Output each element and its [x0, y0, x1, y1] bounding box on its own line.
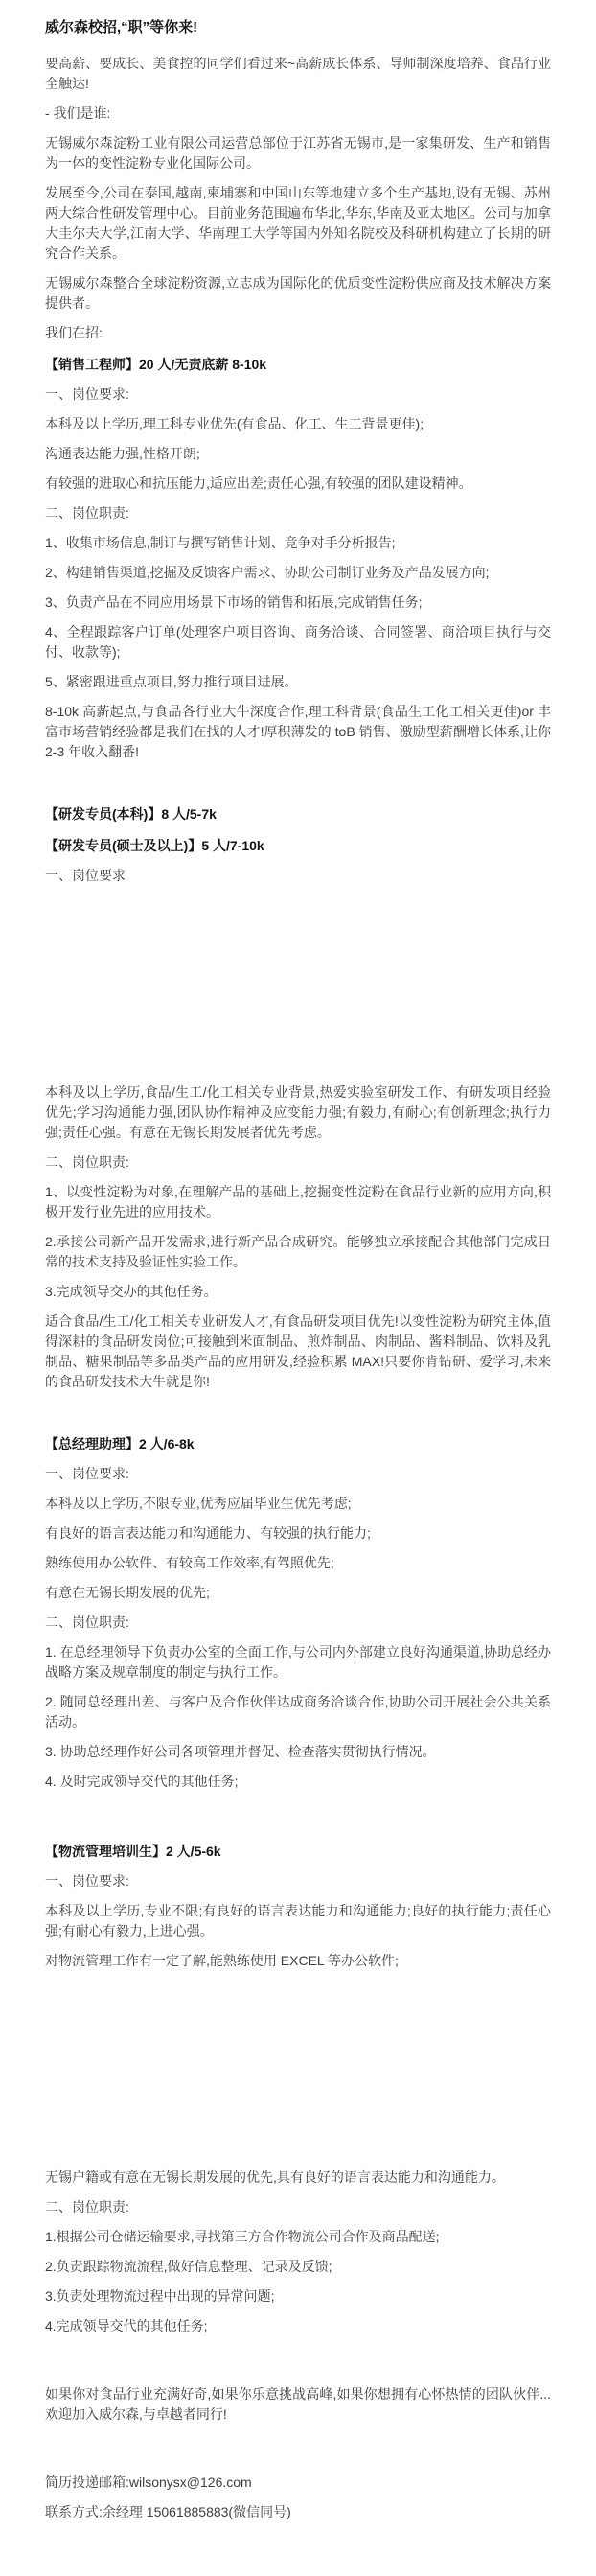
job-title: 【研发专员(本科)】8 人/5-7k [45, 804, 551, 824]
document-title: 威尔森校招,“职”等你来! [45, 17, 551, 38]
duty-item: 3.负责处理物流过程中出现的异常问题; [45, 2286, 551, 2307]
blank-gap [45, 895, 551, 1073]
job-sales-engineer: 【销售工程师】20 人/无责底薪 8-10k 一、岗位要求: 本科及以上学历,理… [45, 355, 551, 762]
contact-line: 联系方式:余经理 15061885883(微信同号) [45, 2502, 551, 2522]
requirement-item: 本科及以上学历,食品/生工/化工相关专业背景,热爱实验室研发工作、有研发项目经验… [45, 1082, 551, 1143]
blank-gap [45, 1981, 551, 2158]
requirements-heading: 一、岗位要求: [45, 1871, 551, 1891]
requirements-heading: 一、岗位要求: [45, 1464, 551, 1484]
duties-heading: 二、岗位职责: [45, 1613, 551, 1633]
requirement-item: 无锡户籍或有意在无锡长期发展的优先,具有良好的语言表达能力和沟通能力。 [45, 2168, 551, 2188]
duty-item: 4.完成领导交代的其他任务; [45, 2316, 551, 2336]
requirement-item: 熟练使用办公软件、有较高工作效率,有驾照优先; [45, 1553, 551, 1573]
requirements-heading: 一、岗位要求: [45, 384, 551, 405]
job-gm-assistant: 【总经理助理】2 人/6-8k 一、岗位要求: 本科及以上学历,不限专业,优秀应… [45, 1434, 551, 1792]
duty-item: 4、全程跟踪客户订单(处理客户项目咨询、商务洽谈、合同签署、商洽项目执行与交付、… [45, 622, 551, 662]
requirements-heading: 一、岗位要求 [45, 866, 551, 886]
job-title: 【物流管理培训生】2 人/5-6k [45, 1842, 551, 1862]
duties-heading: 二、岗位职责: [45, 1152, 551, 1172]
job-logistics-trainee: 【物流管理培训生】2 人/5-6k 一、岗位要求: 本科及以上学历,专业不限;有… [45, 1842, 551, 2336]
duty-item: 2.承接公司新产品开发需求,进行新产品合成研究。能够独立承接配合其他部门完成日常… [45, 1232, 551, 1272]
duty-item: 3.完成领导交办的其他任务。 [45, 1282, 551, 1302]
job-title: 【研发专员(硕士及以上)】5 人/7-10k [45, 836, 551, 856]
job-rd-specialist: 【研发专员(本科)】8 人/5-7k 【研发专员(硕士及以上)】5 人/7-10… [45, 804, 551, 1392]
duty-item: 1、收集市场信息,制订与撰写销售计划、竞争对手分析报告; [45, 533, 551, 553]
job-pitch-paragraph: 适合食品/生工/化工相关专业研发人才,有食品研发项目优先!以变性淀粉为研究主体,… [45, 1311, 551, 1392]
duty-item: 3. 协助总经理作好公司各项管理并督促、检查落实贯彻执行情况。 [45, 1742, 551, 1762]
requirement-item: 沟通表达能力强,性格开朗; [45, 444, 551, 464]
duty-item: 1. 在总经理领导下负责办公室的全面工作,与公司内外部建立良好沟通渠道,协助总经… [45, 1642, 551, 1683]
company-vision-paragraph: 无锡威尔森整合全球淀粉资源,立志成为国际化的优质变性淀粉供应商及技术解决方案提供… [45, 273, 551, 313]
duty-item: 4. 及时完成领导交代的其他任务; [45, 1772, 551, 1792]
contact-label: 联系方式: [45, 2504, 103, 2519]
closing-paragraph: 如果你对食品行业充满好奇,如果你乐意挑战高峰,如果你想拥有心怀热情的团队伙伴..… [45, 2384, 551, 2425]
job-posting-document: 威尔森校招,“职”等你来! 要高薪、要成长、美食控的同学们看过来~高薪成长体系、… [0, 0, 596, 2522]
duty-item: 2. 随同总经理出差、与客户及合作伙伴达成商务洽谈合作,协助公司开展社会公共关系… [45, 1692, 551, 1732]
hiring-heading: 我们在招: [45, 323, 551, 343]
duty-item: 2.负责跟踪物流流程,做好信息整理、记录及反馈; [45, 2257, 551, 2277]
requirement-item: 有良好的语言表达能力和沟通能力、有较强的执行能力; [45, 1523, 551, 1543]
requirement-item: 有较强的进取心和抗压能力,适应出差;责任心强,有较强的团队建设精神。 [45, 474, 551, 494]
duty-item: 5、紧密跟进重点项目,努力推行项目进展。 [45, 672, 551, 692]
company-intro-paragraph: 无锡威尔森淀粉工业有限公司运营总部位于江苏省无锡市,是一家集研发、生产和销售为一… [45, 133, 551, 174]
resume-email-value: wilsonysx@126.com [129, 2474, 252, 2490]
duty-item: 2、构建销售渠道,挖掘及反馈客户需求、协助公司制订业务及产品发展方向; [45, 563, 551, 583]
duty-item: 3、负责产品在不同应用场景下市场的销售和拓展,完成销售任务; [45, 592, 551, 613]
blank-gap [45, 1402, 551, 1423]
duty-item: 1、以变性淀粉为对象,在理解产品的基础上,挖掘变性淀粉在食品行业新的应用方向,积… [45, 1182, 551, 1222]
duty-item: 1.根据公司仓储运输要求,寻找第三方合作物流公司合作及商品配送; [45, 2227, 551, 2247]
resume-email-label: 简历投递邮箱: [45, 2474, 129, 2490]
intro-tagline: 要高薪、要成长、美食控的同学们看过来~高薪成长体系、导师制深度培养、食品行业全触… [45, 54, 551, 94]
requirement-item: 本科及以上学历,不限专业,优秀应届毕业生优先考虑; [45, 1494, 551, 1514]
requirement-item: 对物流管理工作有一定了解,能熟练使用 EXCEL 等办公软件; [45, 1951, 551, 1971]
blank-gap [45, 2434, 551, 2463]
contact-value: 余经理 15061885883(微信同号) [103, 2504, 291, 2519]
job-title: 【总经理助理】2 人/6-8k [45, 1434, 551, 1454]
blank-gap [45, 772, 551, 793]
blank-gap [45, 1801, 551, 1830]
duties-heading: 二、岗位职责: [45, 2197, 551, 2217]
duties-heading: 二、岗位职责: [45, 503, 551, 523]
job-title: 【销售工程师】20 人/无责底薪 8-10k [45, 355, 551, 375]
company-history-paragraph: 发展至今,公司在泰国,越南,柬埔寨和中国山东等地建立多个生产基地,设有无锡、苏州… [45, 183, 551, 264]
resume-email-line: 简历投递邮箱:wilsonysx@126.com [45, 2472, 551, 2493]
blank-gap [45, 2346, 551, 2375]
requirement-item: 本科及以上学历,专业不限;有良好的语言表达能力和沟通能力;良好的执行能力;责任心… [45, 1901, 551, 1941]
requirement-item: 本科及以上学历,理工科专业优先(有食品、化工、生工背景更佳); [45, 414, 551, 434]
who-we-are-heading: - 我们是谁: [45, 104, 551, 124]
job-pitch-paragraph: 8-10k 高薪起点,与食品各行业大牛深度合作,理工科背景(食品生工化工相关更佳… [45, 702, 551, 762]
requirement-item: 有意在无锡长期发展的优先; [45, 1583, 551, 1603]
